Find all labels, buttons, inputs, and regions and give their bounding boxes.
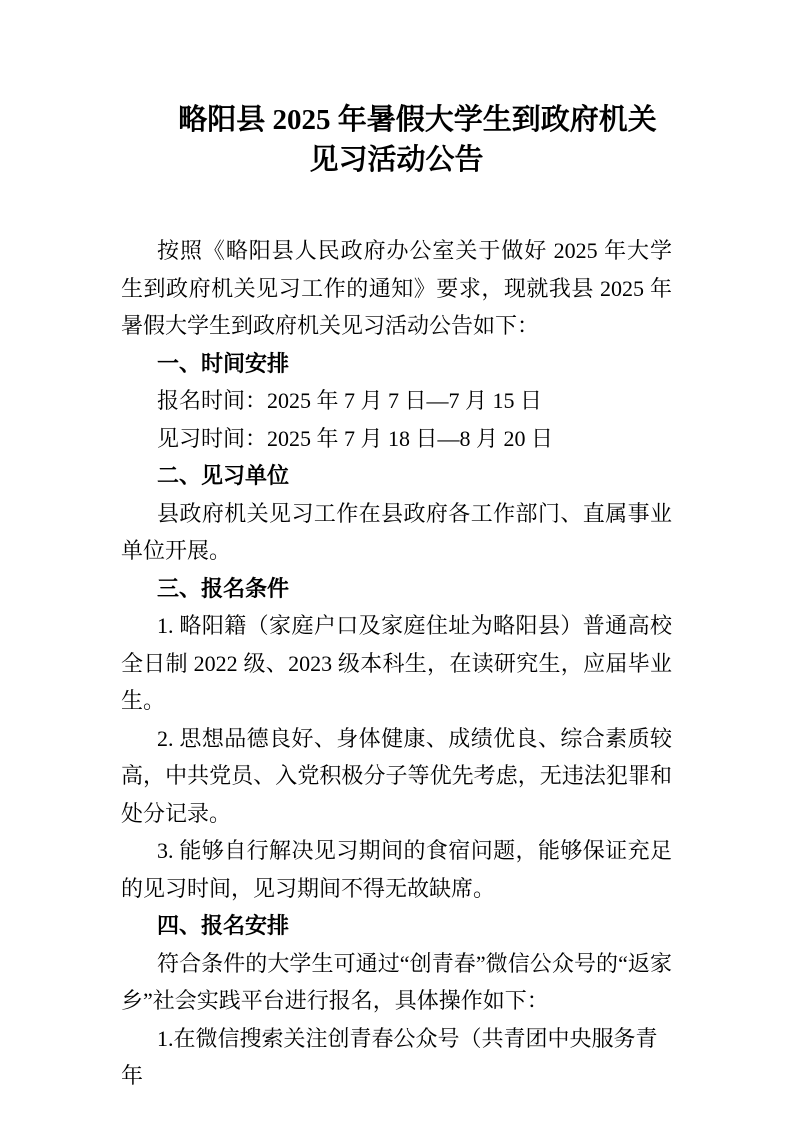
requirement-item-1: 1. 略阳籍（家庭户口及家庭住址为略阳县）普通高校全日制 2022 级、2023… [121, 607, 672, 720]
document-page: 略阳县 2025 年暑假大学生到政府机关 见习活动公告 按照《略阳县人民政府办公… [0, 0, 793, 1122]
requirement-item-2: 2. 思想品德良好、身体健康、成绩优良、综合素质较高，中共党员、入党积极分子等优… [121, 720, 672, 833]
section-heading-requirements: 三、报名条件 [121, 570, 672, 608]
document-title-line-2: 见习活动公告 [121, 140, 672, 180]
internship-time-line: 见习时间：2025 年 7 月 18 日—8 月 20 日 [121, 420, 672, 458]
registration-step-1-line: 1.在微信搜索关注创青春公众号（共青团中央服务青年 [121, 1020, 672, 1095]
requirement-item-3: 3. 能够自行解决见习期间的食宿问题，能够保证充足的见习时间，见习期间不得无故缺… [121, 832, 672, 907]
section-heading-schedule: 一、时间安排 [121, 345, 672, 383]
units-paragraph: 县政府机关见习工作在县政府各工作部门、直属事业单位开展。 [121, 495, 672, 570]
section-heading-units: 二、见习单位 [121, 457, 672, 495]
registration-intro-paragraph: 符合条件的大学生可通过“创青春”微信公众号的“返家乡”社会实践平台进行报名，具体… [121, 945, 672, 1020]
registration-time-line: 报名时间：2025 年 7 月 7 日—7 月 15 日 [121, 382, 672, 420]
document-body: 按照《略阳县人民政府办公室关于做好 2025 年大学生到政府机关见习工作的通知》… [121, 232, 672, 1095]
section-heading-registration: 四、报名安排 [121, 907, 672, 945]
intro-paragraph: 按照《略阳县人民政府办公室关于做好 2025 年大学生到政府机关见习工作的通知》… [121, 232, 672, 345]
document-title-line-1: 略阳县 2025 年暑假大学生到政府机关 [142, 100, 693, 140]
document-title: 略阳县 2025 年暑假大学生到政府机关 见习活动公告 [121, 0, 672, 180]
